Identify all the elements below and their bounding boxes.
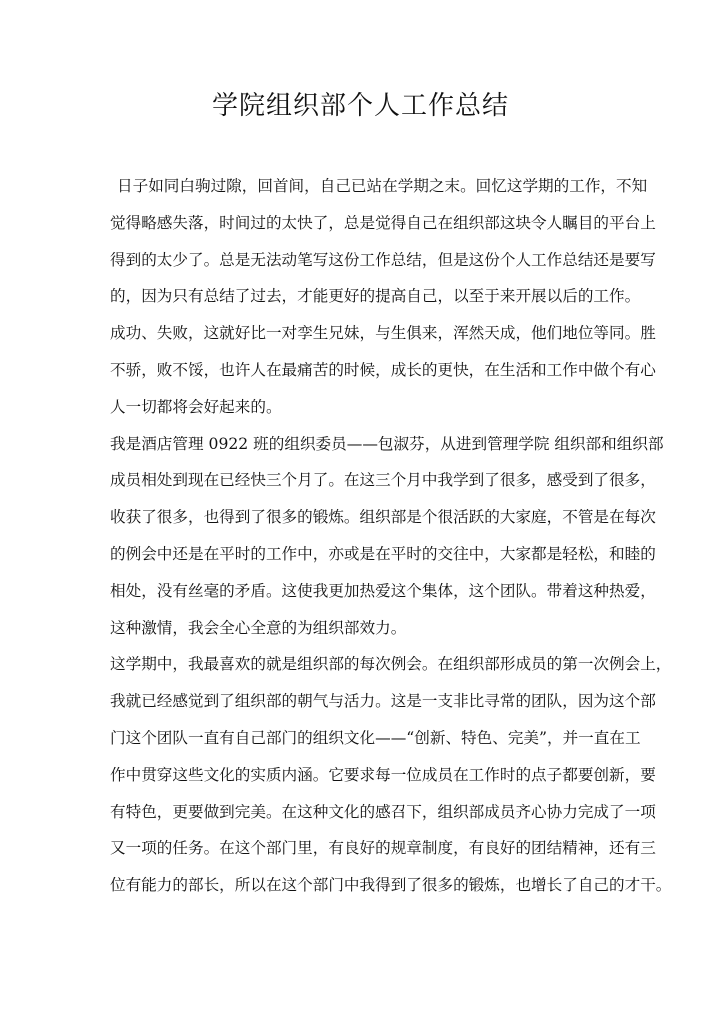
document-title: 学院组织部个人工作总结 xyxy=(0,88,721,124)
paragraph-3-line-2: 成员相处到现在已经快三个月了。在这三个月中我学到了很多，感受到了很多， xyxy=(110,462,612,499)
paragraph-1-line-3: 得到的太少了。总是无法动笔写这份工作总结，但是这份个人工作总结还是要写 xyxy=(110,242,612,279)
paragraph-3-line-4: 的例会中还是在平时的工作中，亦或是在平时的交往中，大家都是轻松，和睦的 xyxy=(110,536,612,573)
paragraph-3-line-6: 这种激情，我会全心全意的为组织部效力。 xyxy=(110,610,612,647)
paragraph-3-line-3: 收获了很多，也得到了很多的锻炼。组织部是个很活跃的大家庭，不管是在每次 xyxy=(110,499,612,536)
paragraph-4-line-3: 门这个团队一直有自己部门的组织文化——“创新、特色、完美”，并一直在工 xyxy=(110,720,612,757)
paragraph-4-line-7: 位有能力的部长，所以在这个部门中我得到了很多的锻炼，也增长了自己的才干。 xyxy=(110,867,612,904)
paragraph-2-line-2: 不骄，败不馁，也许人在最痛苦的时候，成长的更快，在生活和工作中做个有心 xyxy=(110,352,612,389)
document-page: 学院组织部个人工作总结 日子如同白驹过隙，回首间，自己已站在学期之末。回忆这学期… xyxy=(0,0,721,1020)
paragraph-2-line-1: 成功、失败，这就好比一对孪生兄妹，与生俱来，浑然天成，他们地位等同。胜 xyxy=(110,315,612,352)
paragraph-4-line-6: 又一项的任务。在这个部门里，有良好的规章制度，有良好的团结精神，还有三 xyxy=(110,830,612,867)
paragraph-4-line-1: 这学期中，我最喜欢的就是组织部的每次例会。在组织部形成员的第一次例会上， xyxy=(110,646,612,683)
paragraph-1-line-2: 觉得略感失落，时间过的太快了，总是觉得自己在组织部这块令人瞩目的平台上 xyxy=(110,205,612,242)
paragraph-4-line-4: 作中贯穿这些文化的实质内涵。它要求每一位成员在工作时的点子都要创新，要 xyxy=(110,757,612,794)
paragraph-4-line-2: 我就已经感觉到了组织部的朝气与活力。这是一支非比寻常的团队，因为这个部 xyxy=(110,683,612,720)
document-body: 日子如同白驹过隙，回首间，自己已站在学期之末。回忆这学期的工作，不知 觉得略感失… xyxy=(110,168,612,904)
paragraph-4-line-5: 有特色，更要做到完美。在这种文化的感召下，组织部成员齐心协力完成了一项 xyxy=(110,794,612,831)
paragraph-2-line-3: 人一切都将会好起来的。 xyxy=(110,389,612,426)
paragraph-1-line-4: 的，因为只有总结了过去，才能更好的提高自己，以至于来开展以后的工作。 xyxy=(110,278,612,315)
paragraph-1-line-1: 日子如同白驹过隙，回首间，自己已站在学期之末。回忆这学期的工作，不知 xyxy=(110,168,612,205)
paragraph-3-line-1: 我是酒店管理 0922 班的组织委员——包淑芬，从进到管理学院 组织部和组织部 xyxy=(110,426,612,463)
paragraph-3-line-5: 相处，没有丝毫的矛盾。这使我更加热爱这个集体，这个团队。带着这种热爱， xyxy=(110,573,612,610)
